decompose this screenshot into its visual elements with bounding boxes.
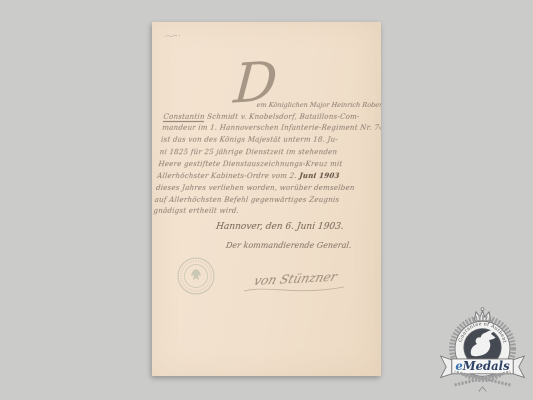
document-paper: D em Königlichen Major Heinrich Robert C… <box>152 22 381 376</box>
body-line: auf Allerhöchsten Befehl gegenwärtiges Z… <box>154 195 379 207</box>
signer-title: Der kommandierende General. <box>225 241 352 250</box>
body-line: ni 1825 für 25 jährige Dienstzeit im ste… <box>159 147 381 159</box>
body-line: Allerhöchster Kabinets-Ordre vom 2. Juni… <box>156 170 381 183</box>
body-line: Constantin Schmidt v. Knobelsdorf, Batai… <box>163 112 381 124</box>
body-line-text: Allerhöchster Kabinets-Ordre vom 2. <box>157 172 300 180</box>
photo-stage: D em Königlichen Major Heinrich Robert C… <box>0 0 533 400</box>
embossed-seal <box>176 256 216 296</box>
emedals-watermark-badge: Guarantee of Authenticity eMedals <box>436 305 529 398</box>
body-line: gnädigst ertheilt wird. <box>153 206 378 218</box>
body-line: Heere gestiftete Dienstauszeichnungs-Kre… <box>158 159 381 171</box>
pencil-mark <box>164 31 182 41</box>
signature-flourish <box>240 284 350 296</box>
ribbon-right-fold <box>513 356 524 377</box>
body-line-text: Schmidt v. Knobelsdorf, Bataillons-Com- <box>204 113 360 121</box>
document-body: em Königlichen Major Heinrich Robert Car… <box>153 100 381 218</box>
date-line: Hannover, den 6. Juni 1903. <box>215 222 344 232</box>
body-line: em Königlichen Major Heinrich Robert Car… <box>164 100 381 112</box>
body-line: mandeur im 1. Hannoverschen Infanterie-R… <box>162 123 381 135</box>
logo-medals: Medals <box>462 359 510 373</box>
underlined-name: Constantin <box>163 113 205 122</box>
logo-e: e <box>455 359 462 373</box>
signature-block: von Stünzner <box>240 268 350 296</box>
award-date-text: Juni 1903 <box>299 171 340 180</box>
body-line: dieses Jahres verliehen worden, worüber … <box>155 183 380 195</box>
emedals-logo: eMedals <box>455 359 510 373</box>
seal-eagle-icon <box>191 269 200 280</box>
ribbon-left-fold <box>441 356 452 377</box>
body-line: ist das von des Königs Majestät unterm 1… <box>160 135 381 147</box>
branch-tip-icon <box>479 387 486 392</box>
